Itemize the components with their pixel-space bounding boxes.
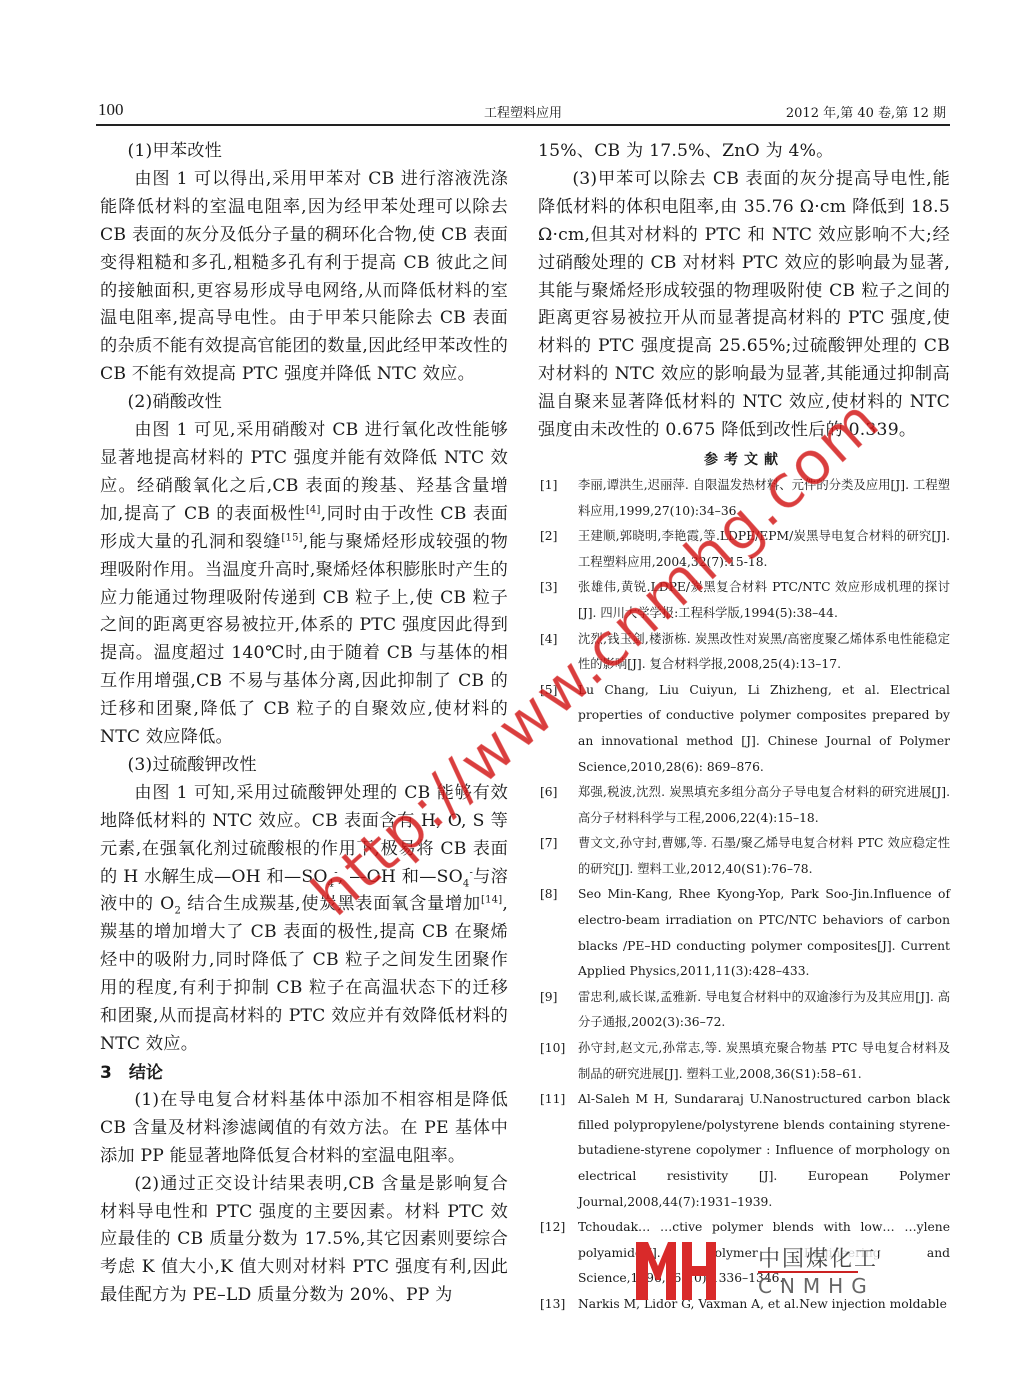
reference-number: [5]	[540, 678, 557, 704]
reference-item: [11]Al-Saleh M H, Sundararaj U.Nanostruc…	[538, 1087, 950, 1215]
reference-text: 王建顺,郭晓明,李艳霞,等.LDPE/EPM/炭黑导电复合材料的研究[J]. 工…	[578, 524, 950, 575]
reference-item: [2]王建顺,郭晓明,李艳霞,等.LDPE/EPM/炭黑导电复合材料的研究[J]…	[538, 524, 950, 575]
reference-number: [3]	[540, 575, 557, 601]
reference-text: Seo Min-Kang, Rhee Kyong-Yop, Park Soo-J…	[578, 882, 950, 984]
citation: [14]	[481, 895, 502, 906]
subscript: 4	[463, 878, 470, 889]
reference-number: [13]	[540, 1292, 565, 1318]
reference-text: 李丽,谭洪生,迟丽萍. 自限温发热材料、元件的分类及应用[J]. 工程塑料应用,…	[578, 473, 950, 524]
reference-text: Lu Chang, Liu Cuiyun, Li Zhizheng, et al…	[578, 678, 950, 780]
paragraph-conclusion-3: (3)甲苯可以除去 CB 表面的灰分提高导电性,能降低材料的体积电阻率,由 35…	[538, 166, 950, 445]
reference-text: 雷忠利,戚长谋,孟雅新. 导电复合材料中的双逾渗行为及其应用[J]. 高分子通报…	[578, 985, 950, 1036]
reference-number: [11]	[540, 1087, 565, 1113]
reference-number: [6]	[540, 780, 557, 806]
reference-number: [10]	[540, 1036, 565, 1062]
reference-item: [3]张雄伟,黄锐.LDPE/炭黑复合材料 PTC/NTC 效应形成机理的探讨[…	[538, 575, 950, 626]
subsection-heading-toluene: (1)甲苯改性	[100, 138, 508, 166]
reference-text: 孙守封,赵文元,孙常志,等. 炭黑填充聚合物基 PTC 导电复合材料及制品的研究…	[578, 1036, 950, 1087]
paragraph-persulfate: 由图 1 可知,采用过硫酸钾处理的 CB 能够有效地降低材料的 NTC 效应。C…	[100, 780, 508, 1059]
left-column: (1)甲苯改性 由图 1 可以得出,采用甲苯对 CB 进行溶液洗涤能降低材料的室…	[100, 138, 508, 1310]
reference-item: [12]Tchoudak… …ctive polymer blends with…	[538, 1215, 950, 1292]
reference-text: Al-Saleh M H, Sundararaj U.Nanostructure…	[578, 1087, 950, 1215]
reference-item: [6]郑强,税波,沈烈. 炭黑填充多组分高分子导电复合材料的研究进展[J]. 高…	[538, 780, 950, 831]
reference-text: 郑强,税波,沈烈. 炭黑填充多组分高分子导电复合材料的研究进展[J]. 高分子材…	[578, 780, 950, 831]
issue-info: 2012 年,第 40 卷,第 12 期	[786, 102, 946, 121]
reference-number: [1]	[540, 473, 557, 499]
text-run: 结合生成羰基,使炭黑表面氧含量增加	[181, 894, 481, 914]
reference-item: [4]沈烈,钱玉剑,楼浙栋. 炭黑改性对炭黑/高密度聚乙烯体系电性能稳定性的影响…	[538, 627, 950, 678]
paragraph-conclusion-2-continued: 15%、CB 为 17.5%、ZnO 为 4%。	[538, 138, 950, 166]
subsection-heading-persulfate: (3)过硫酸钾改性	[100, 752, 508, 780]
reference-text: 张雄伟,黄锐.LDPE/炭黑复合材料 PTC/NTC 效应形成机理的探讨[J].…	[578, 575, 950, 626]
reference-text: 曹文文,孙守封,曹娜,等. 石墨/聚乙烯导电复合材料 PTC 效应稳定性的研究[…	[578, 831, 950, 882]
reference-number: [9]	[540, 985, 557, 1011]
citation: [15]	[281, 532, 302, 543]
reference-number: [12]	[540, 1215, 565, 1241]
reference-text: Tchoudak… …ctive polymer blends with low…	[578, 1215, 950, 1292]
paragraph-conclusion-2: (2)通过正交设计结果表明,CB 含量是影响复合材料导电性和 PTC 强度的主要…	[100, 1171, 508, 1311]
text-run: , —OH 和—SO	[338, 867, 463, 887]
running-header: 100 工程塑料应用 2012 年,第 40 卷,第 12 期	[96, 98, 950, 126]
text-run: ,羰基的增加增大了 CB 表面的极性,提高 CB 在聚烯烃中的吸附力,同时降低了…	[100, 894, 508, 1054]
paragraph-conclusion-1: (1)在导电复合材料基体中添加不相容相是降低 CB 含量及材料渗滤阈值的有效方法…	[100, 1087, 508, 1171]
reference-text: 沈烈,钱玉剑,楼浙栋. 炭黑改性对炭黑/高密度聚乙烯体系电性能稳定性的影响[J]…	[578, 627, 950, 678]
subscript: 4	[328, 878, 335, 889]
reference-item: [9]雷忠利,戚长谋,孟雅新. 导电复合材料中的双逾渗行为及其应用[J]. 高分…	[538, 985, 950, 1036]
reference-number: [2]	[540, 524, 557, 550]
citation: [4]	[306, 504, 321, 515]
reference-number: [7]	[540, 831, 557, 857]
text-run: ,能与聚烯烃形成较强的物理吸附作用。当温度升高时,聚烯烃体积膨胀时产生的应力能通…	[100, 532, 508, 747]
paragraph-nitric-acid: 由图 1 可见,采用硝酸对 CB 进行氧化改性能够显著地提高材料的 PTC 强度…	[100, 417, 508, 752]
reference-item: [7]曹文文,孙守封,曹娜,等. 石墨/聚乙烯导电复合材料 PTC 效应稳定性的…	[538, 831, 950, 882]
reference-item: [1]李丽,谭洪生,迟丽萍. 自限温发热材料、元件的分类及应用[J]. 工程塑料…	[538, 473, 950, 524]
reference-number: [4]	[540, 627, 557, 653]
reference-text: Narkis M, Lidor G, Vaxman A, et al.New i…	[578, 1292, 950, 1318]
subsection-heading-nitric-acid: (2)硝酸改性	[100, 389, 508, 417]
section-heading-conclusion: 3 结论	[100, 1059, 508, 1087]
right-column: 15%、CB 为 17.5%、ZnO 为 4%。 (3)甲苯可以除去 CB 表面…	[538, 138, 950, 1318]
reference-item: [13]Narkis M, Lidor G, Vaxman A, et al.N…	[538, 1292, 950, 1318]
references-heading: 参考文献	[538, 447, 950, 473]
paragraph-toluene: 由图 1 可以得出,采用甲苯对 CB 进行溶液洗涤能降低材料的室温电阻率,因为经…	[100, 166, 508, 389]
reference-item: [10]孙守封,赵文元,孙常志,等. 炭黑填充聚合物基 PTC 导电复合材料及制…	[538, 1036, 950, 1087]
reference-item: [5]Lu Chang, Liu Cuiyun, Li Zhizheng, et…	[538, 678, 950, 780]
reference-list: [1]李丽,谭洪生,迟丽萍. 自限温发热材料、元件的分类及应用[J]. 工程塑料…	[538, 473, 950, 1318]
reference-number: [8]	[540, 882, 557, 908]
reference-item: [8]Seo Min-Kang, Rhee Kyong-Yop, Park So…	[538, 882, 950, 984]
